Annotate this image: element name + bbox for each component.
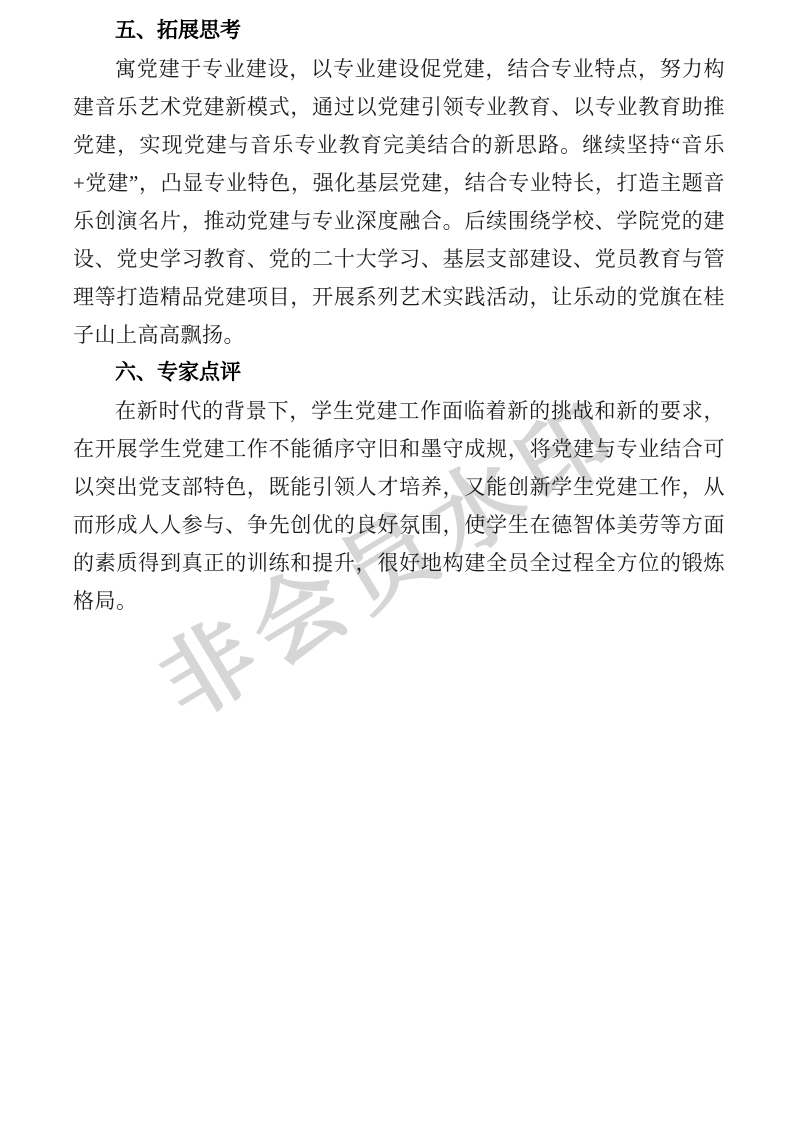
section-heading-expert-review: 六、专家点评 (73, 354, 725, 392)
section-paragraph-expansion-thinking: 寓党建于专业建设，以专业建设促党建，结合专业特点，努力构建音乐艺术党建新模式，通… (73, 50, 725, 354)
document-content: 五、拓展思考 寓党建于专业建设，以专业建设促党建，结合专业特点，努力构建音乐艺术… (73, 12, 725, 620)
document-page: 非会员水印 五、拓展思考 寓党建于专业建设，以专业建设促党建，结合专业特点，努力… (0, 0, 794, 1123)
section-paragraph-expert-review: 在新时代的背景下，学生党建工作面临着新的挑战和新的要求，在开展学生党建工作不能循… (73, 392, 725, 620)
section-heading-expansion-thinking: 五、拓展思考 (73, 12, 725, 50)
